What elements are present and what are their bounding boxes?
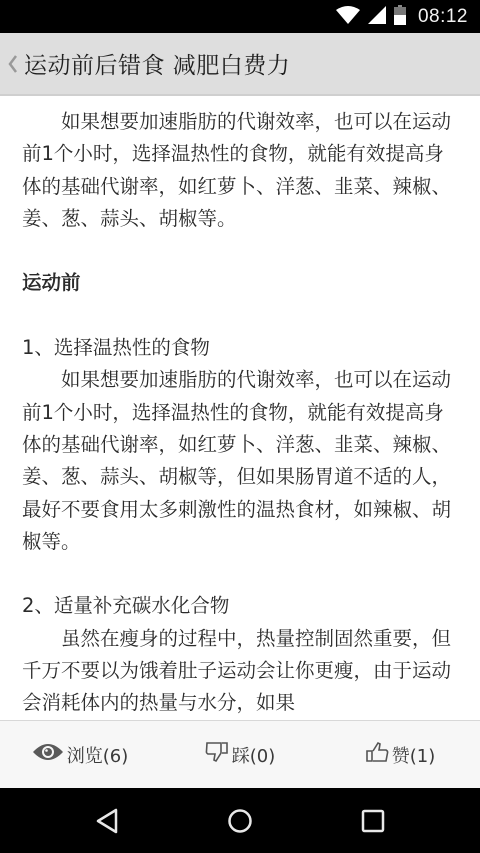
dislike-button[interactable]: 踩(0) [160,741,320,768]
item-title: 2、适量补充碳水化合物 [22,590,458,622]
spacer [22,235,458,267]
like-label: 赞(1) [392,742,436,768]
battery-icon [394,5,406,29]
eye-icon [32,742,64,767]
app-header: 运动前后错食 减肥白费力 [0,33,480,96]
clock: 08:12 [418,6,468,28]
views-label: 浏览(6) [67,742,129,768]
home-circle-icon [227,808,253,834]
back-triangle-icon [95,808,119,834]
views-button[interactable]: 浏览(6) [0,742,160,768]
action-bar: 浏览(6) 踩(0) 赞(1) [0,720,480,788]
status-bar: 08:12 [0,0,480,33]
nav-recents-button[interactable] [307,788,440,853]
system-nav-bar [0,788,480,853]
dislike-label: 踩(0) [232,742,276,768]
paragraph: 虽然在瘦身的过程中，热量控制固然重要，但千万不要以为饿着肚子运动会让你更瘦，由于… [22,623,458,720]
nav-back-button[interactable] [41,788,174,853]
paragraph: 如果想要加速脂肪的代谢效率，也可以在运动前1个小时，选择温热性的食物，就能有效提… [22,364,458,558]
chevron-left-icon [8,54,18,74]
back-button[interactable] [2,49,24,79]
recents-square-icon [361,809,385,833]
paragraph: 如果想要加速脂肪的代谢效率，也可以在运动前1个小时，选择温热性的食物，就能有效提… [22,106,458,235]
wifi-icon [336,6,360,28]
thumbs-up-icon [365,741,389,768]
article-content[interactable]: 如果想要加速脂肪的代谢效率，也可以在运动前1个小时，选择温热性的食物，就能有效提… [0,96,480,720]
nav-home-button[interactable] [174,788,307,853]
thumbs-down-icon [205,741,229,768]
cell-signal-icon [368,6,386,28]
item-title: 1、选择温热性的食物 [22,332,458,364]
page-title: 运动前后错食 减肥白费力 [24,47,290,80]
spacer [22,558,458,590]
like-button[interactable]: 赞(1) [320,741,480,768]
section-title: 运动前 [22,267,458,299]
spacer [22,300,458,332]
